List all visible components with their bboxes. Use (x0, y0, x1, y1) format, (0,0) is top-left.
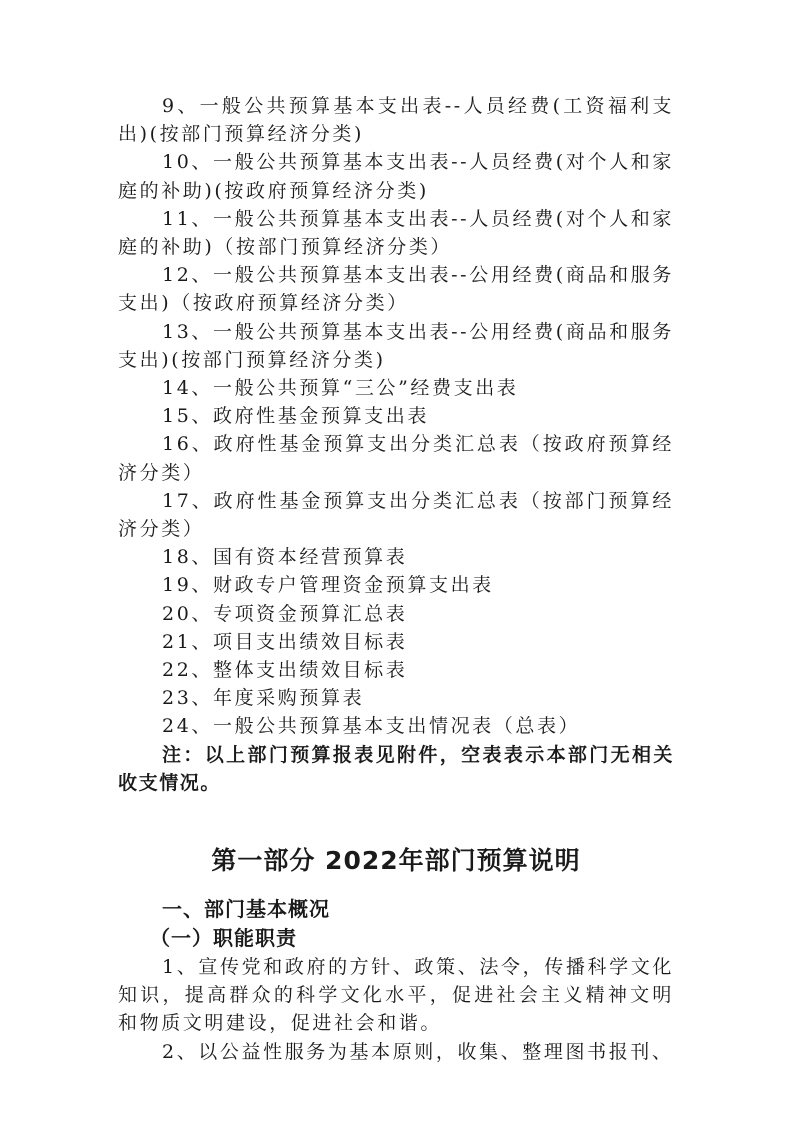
list-item-15: 15、政府性基金预算支出表 (118, 402, 674, 430)
list-item-9: 9、一般公共预算基本支出表--人员经费(工资福利支出)(按部门预算经济分类) (118, 92, 674, 148)
list-item-14: 14、一般公共预算“三公”经费支出表 (118, 374, 674, 402)
heading-level-2: （一）职能职责 (118, 924, 674, 953)
list-item-16: 16、政府性基金预算支出分类汇总表（按政府预算经济分类） (118, 430, 674, 486)
paragraph-duty-1: 1、宣传党和政府的方针、政策、法令，传播科学文化知识，提高群众的科学文化水平，促… (118, 953, 674, 1038)
list-item-22: 22、整体支出绩效目标表 (118, 656, 674, 684)
list-item-23: 23、年度采购预算表 (118, 684, 674, 712)
list-item-18: 18、国有资本经营预算表 (118, 543, 674, 571)
list-item-13: 13、一般公共预算基本支出表--公用经费(商品和服务支出)(按部门预算经济分类) (118, 318, 674, 374)
note-text: 注：以上部门预算报表见附件，空表表示本部门无相关收支情况。 (118, 741, 674, 797)
list-item-12: 12、一般公共预算基本支出表--公用经费(商品和服务支出)（按政府预算经济分类） (118, 261, 674, 317)
heading-level-1: 一、部门基本概况 (118, 895, 674, 924)
list-item-11: 11、一般公共预算基本支出表--人员经费(对个人和家庭的补助)（按部门预算经济分… (118, 205, 674, 261)
list-item-10: 10、一般公共预算基本支出表--人员经费(对个人和家庭的补助)(按政府预算经济分… (118, 148, 674, 204)
list-item-20: 20、专项资金预算汇总表 (118, 600, 674, 628)
list-item-17: 17、政府性基金预算支出分类汇总表（按部门预算经济分类） (118, 487, 674, 543)
paragraph-duty-2: 2、以公益性服务为基本原则，收集、整理图书报刊、 (118, 1038, 674, 1066)
document-page: 9、一般公共预算基本支出表--人员经费(工资福利支出)(按部门预算经济分类) 1… (118, 92, 674, 1066)
list-item-19: 19、财政专户管理资金预算支出表 (118, 571, 674, 599)
list-item-24: 24、一般公共预算基本支出情况表（总表） (118, 712, 674, 740)
list-item-21: 21、项目支出绩效目标表 (118, 628, 674, 656)
section-title: 第一部分 2022年部门预算说明 (118, 841, 674, 877)
